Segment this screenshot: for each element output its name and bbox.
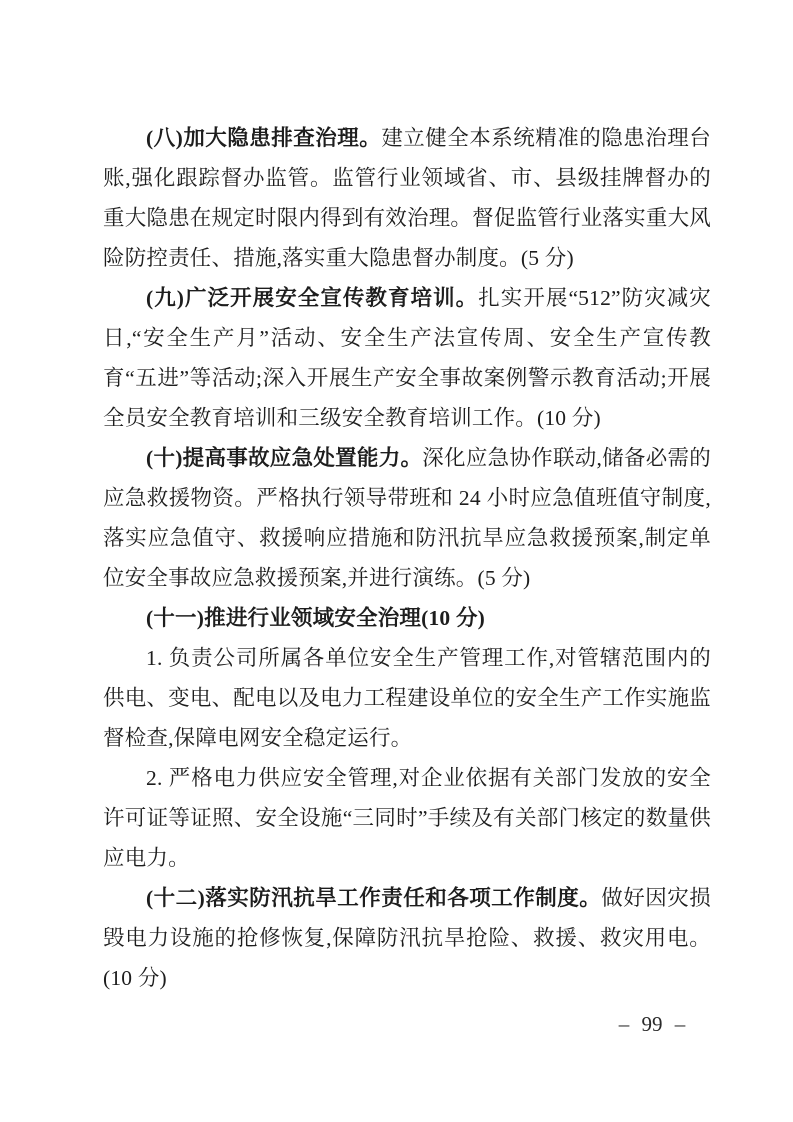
page-number: – 99 – — [600, 1012, 704, 1037]
paragraph-lead: (十二)落实防汛抗旱工作责任和各项工作制度。 — [146, 886, 601, 910]
paragraph: 1. 负责公司所属各单位安全生产管理工作,对管辖范围内的供电、变电、配电以及电力… — [103, 638, 711, 758]
paragraph-body: 1. 负责公司所属各单位安全生产管理工作,对管辖范围内的供电、变电、配电以及电力… — [103, 646, 711, 750]
paragraph: (八)加大隐患排查治理。建立健全本系统精准的隐患治理台账,强化跟踪督办监管。监管… — [103, 118, 711, 278]
paragraph-lead: (九)广泛开展安全宣传教育培训。 — [146, 286, 478, 310]
paragraph: 2. 严格电力供应安全管理,对企业依据有关部门发放的安全许可证等证照、安全设施“… — [103, 758, 711, 878]
paragraph-lead: (八)加大隐患排查治理。 — [146, 126, 381, 150]
paragraph: (九)广泛开展安全宣传教育培训。扎实开展“512”防灾减灾日,“安全生产月”活动… — [103, 278, 711, 438]
document-page: (八)加大隐患排查治理。建立健全本系统精准的隐患治理台账,强化跟踪督办监管。监管… — [0, 0, 793, 1122]
paragraph: (十二)落实防汛抗旱工作责任和各项工作制度。做好因灾损毁电力设施的抢修恢复,保障… — [103, 878, 711, 998]
paragraph: (十一)推进行业领域安全治理(10 分) — [103, 598, 711, 638]
paragraph: (十)提高事故应急处置能力。深化应急协作联动,储备必需的应急救援物资。严格执行领… — [103, 438, 711, 598]
paragraph-lead: (十一)推进行业领域安全治理(10 分) — [146, 606, 485, 630]
paragraph-lead: (十)提高事故应急处置能力。 — [146, 446, 422, 470]
paragraph-body: 2. 严格电力供应安全管理,对企业依据有关部门发放的安全许可证等证照、安全设施“… — [103, 766, 711, 870]
document-body: (八)加大隐患排查治理。建立健全本系统精准的隐患治理台账,强化跟踪督办监管。监管… — [103, 118, 711, 998]
